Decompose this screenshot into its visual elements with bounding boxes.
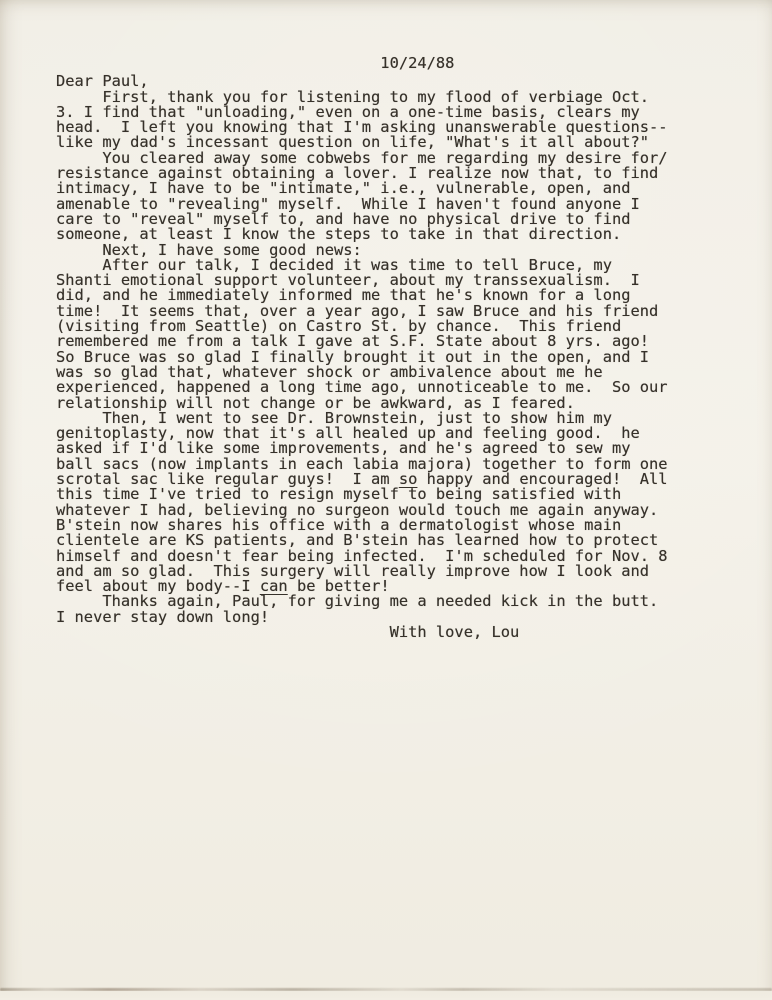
letter-signature: With love, Lou — [56, 625, 668, 640]
letter-page: 10/24/88Dear Paul, First, thank you for … — [0, 0, 772, 1000]
scan-edge-margin — [0, 991, 772, 1000]
letter-body: 10/24/88Dear Paul, First, thank you for … — [56, 56, 668, 640]
letter-date: 10/24/88 — [56, 56, 668, 71]
